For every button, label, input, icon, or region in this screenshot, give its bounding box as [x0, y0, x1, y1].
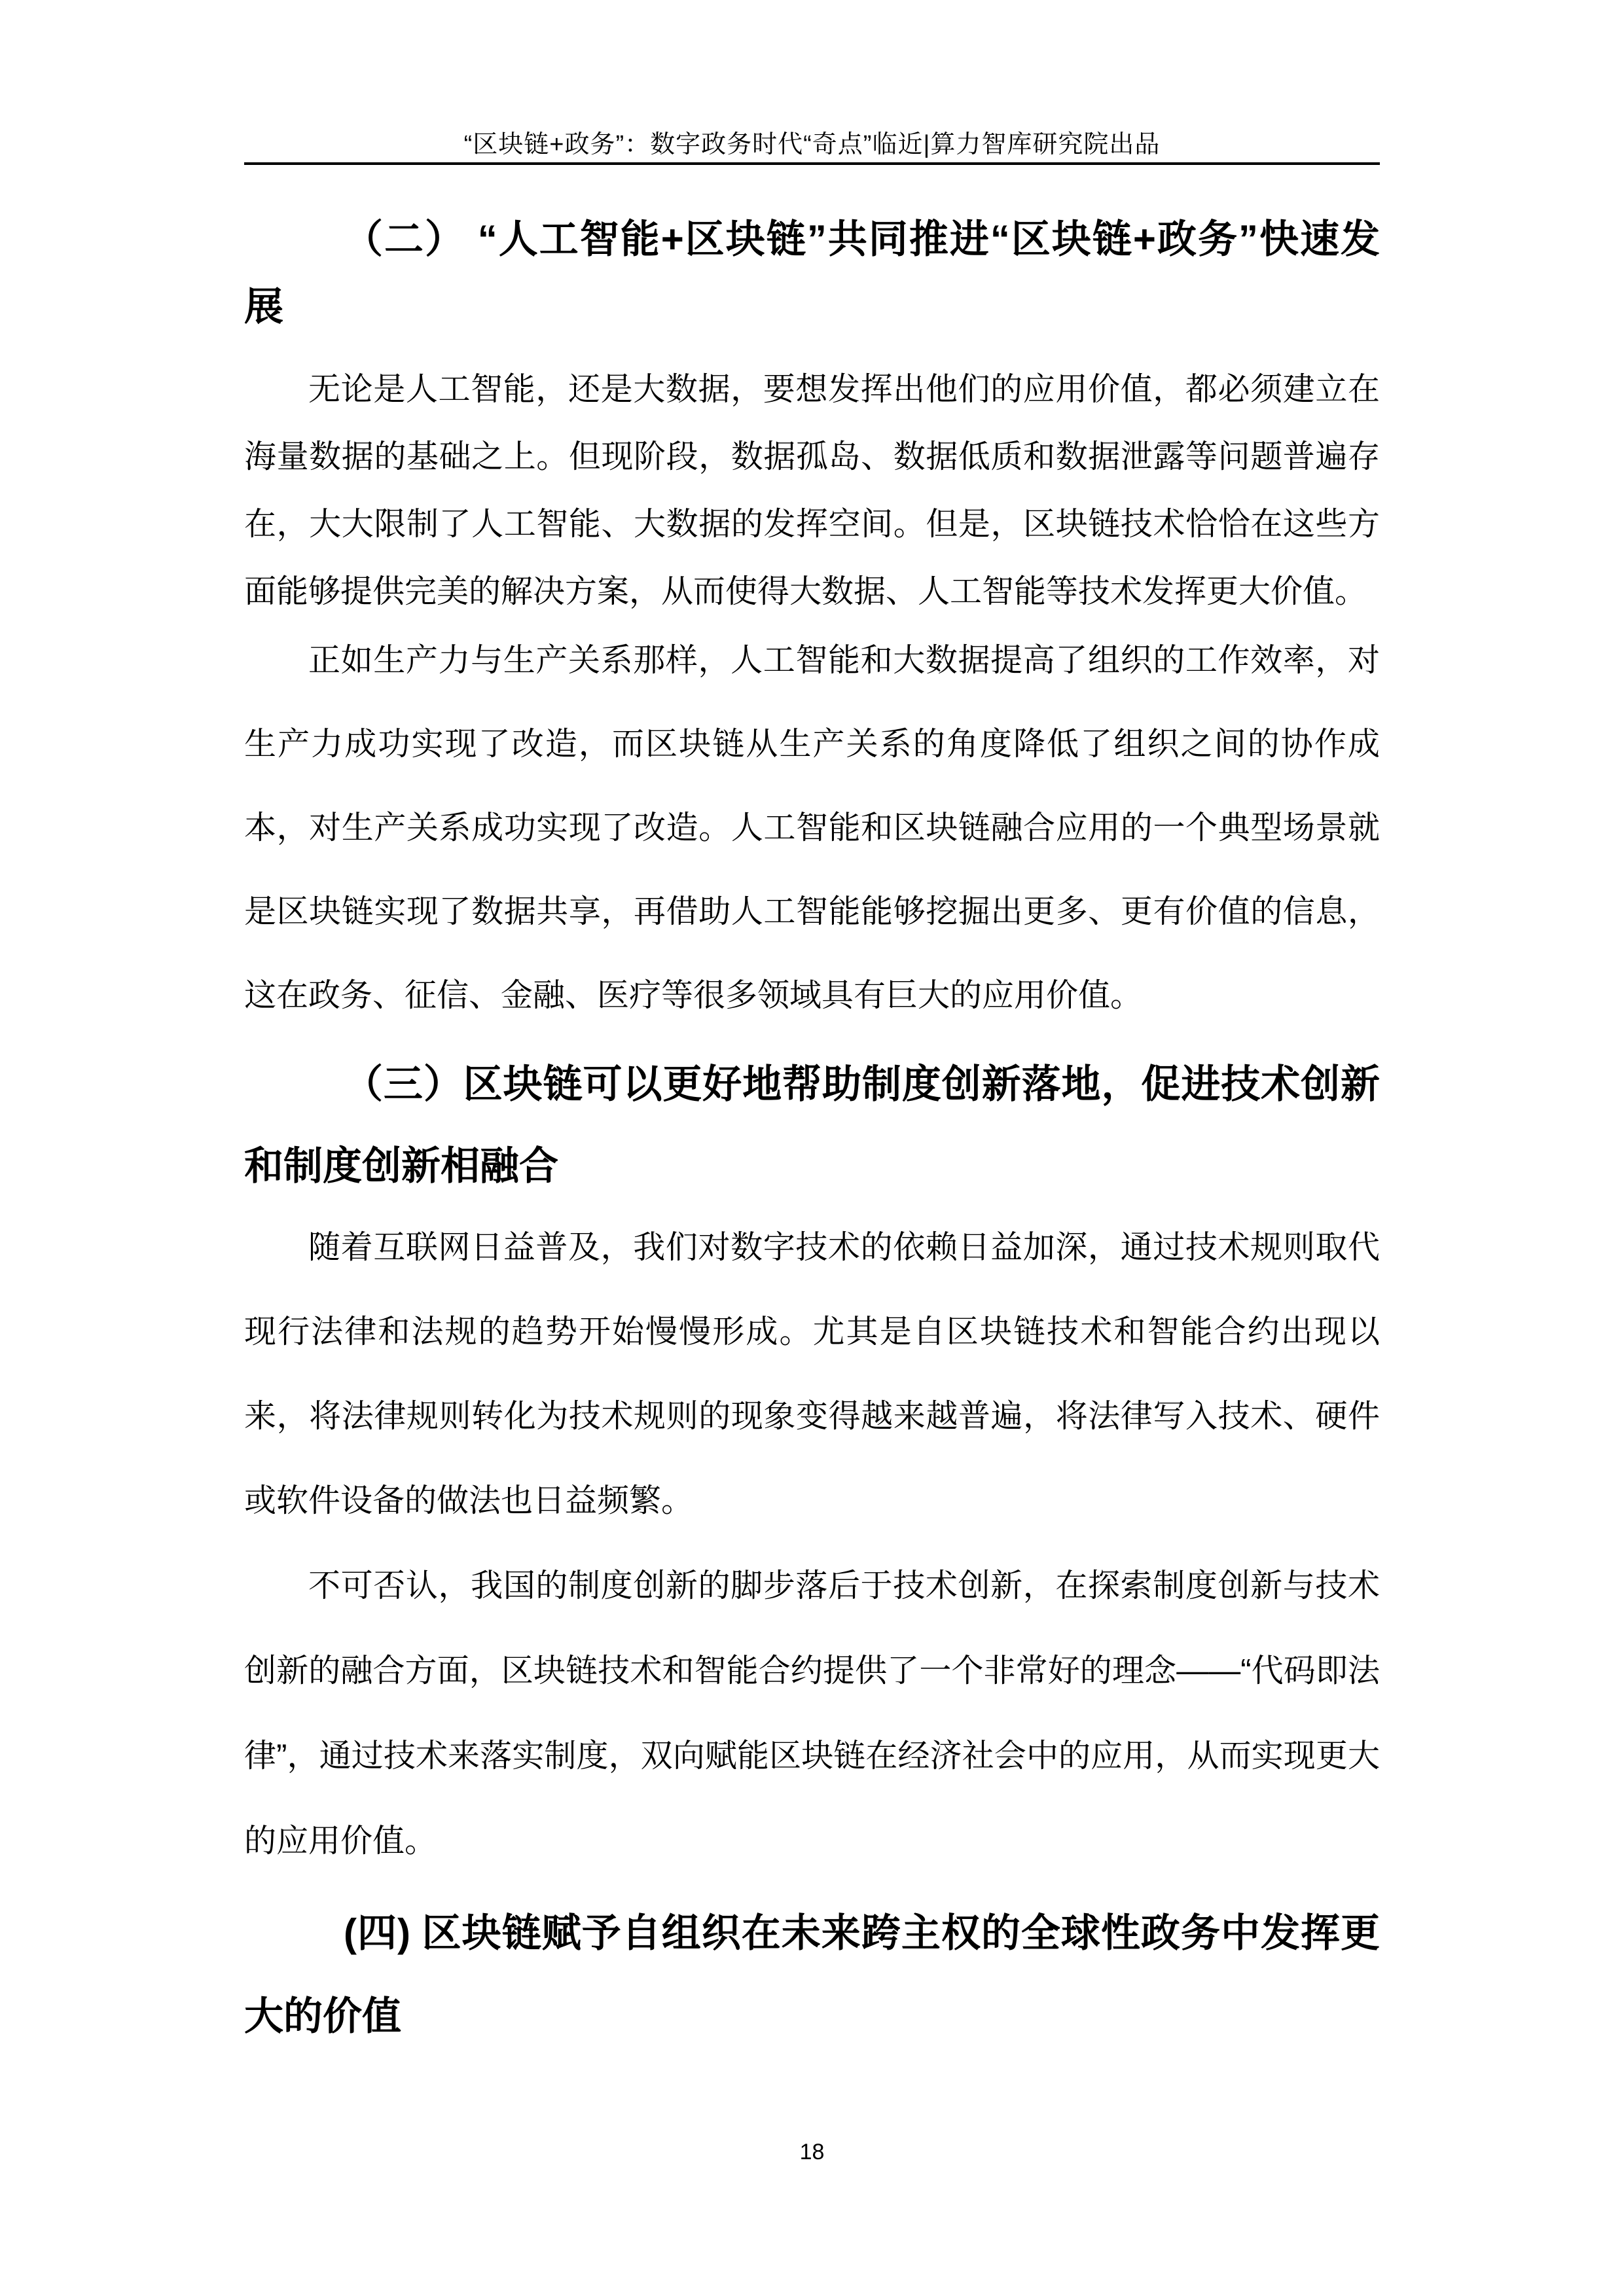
section-3-paragraph-2: 不可否认，我国的制度创新的脚步落后于技术创新，在探索制度创新与技术创新的融合方面…: [244, 1543, 1380, 1884]
section-2-paragraph-2: 正如生产力与生产关系那样，人工智能和大数据提高了组织的工作效率，对生产力成功实现…: [244, 619, 1380, 1037]
section-heading-2: （二） “人工智能+区块链”共同推进“区块链+政务”快速发展: [244, 206, 1380, 340]
section-heading-4: (四) 区块链赋予自组织在未来跨主权的全球性政务中发挥更大的价值: [244, 1892, 1380, 2058]
section-heading-3: （三）区块链可以更好地帮助制度创新落地，促进技术创新和制度创新相融合: [244, 1043, 1380, 1207]
page-number: 18: [244, 2139, 1380, 2165]
running-header: “区块链+政务”：数字政务时代“奇点”临近|算力智库研究院出品: [244, 130, 1380, 160]
header-divider-rule: [244, 162, 1380, 165]
section-2-paragraph-1: 无论是人工智能，还是大数据，要想发挥出他们的应用价值，都必须建立在海量数据的基础…: [244, 356, 1380, 626]
section-3-paragraph-1: 随着互联网日益普及，我们对数字技术的依赖日益加深，通过技术规则取代现行法律和法规…: [244, 1206, 1380, 1543]
document-page: “区块链+政务”：数字政务时代“奇点”临近|算力智库研究院出品 （二） “人工智…: [0, 0, 1624, 2296]
